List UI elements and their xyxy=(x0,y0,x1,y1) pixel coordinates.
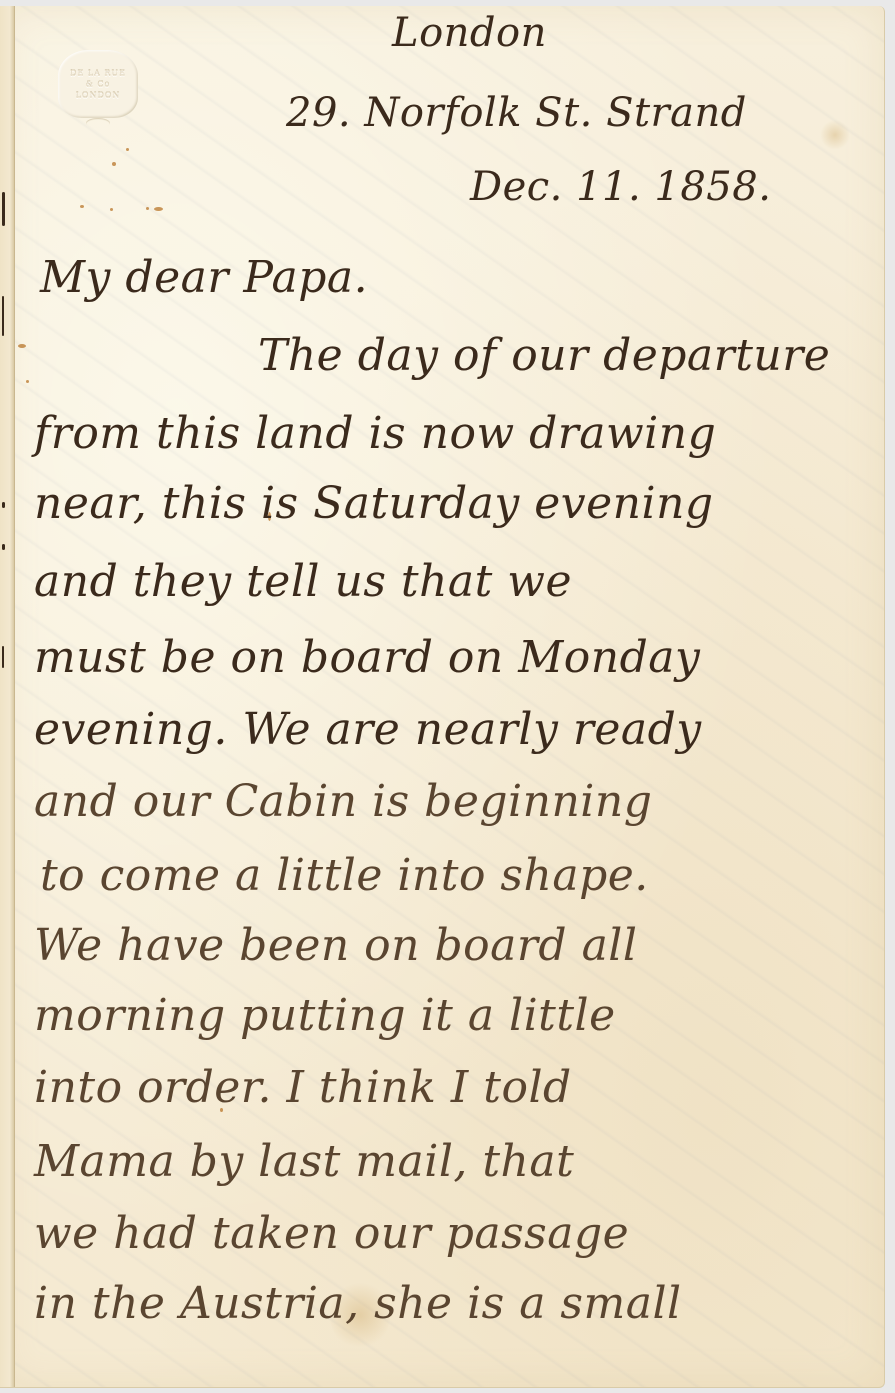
ink-fragment xyxy=(2,544,5,550)
water-stain xyxy=(820,120,850,150)
ink-fragment xyxy=(2,646,4,668)
emboss-flourish xyxy=(86,118,110,128)
ink-fragment xyxy=(2,502,5,508)
letter-body-line: from this land is now drawing xyxy=(34,408,716,459)
letter-body-line: near, this is Saturday evening xyxy=(34,478,714,529)
letter-body-line: The day of our departure xyxy=(258,330,830,381)
ink-fragment xyxy=(2,296,4,336)
letter-salutation: My dear Papa. xyxy=(40,252,368,303)
foxing-spot xyxy=(80,205,84,208)
letter-body-line: We have been on board all xyxy=(34,920,637,971)
letter-body-line: to come a little into shape. xyxy=(40,850,649,901)
adjacent-page-edge xyxy=(0,6,15,1387)
letter-body-line: in the Austria, she is a small xyxy=(34,1278,682,1329)
letter-body-line: and they tell us that we xyxy=(34,556,572,607)
letter-place: London xyxy=(392,10,547,56)
letter-address: 29. Norfolk St. Strand xyxy=(286,90,747,136)
letter-body-line: evening. We are nearly ready xyxy=(34,704,702,755)
stationer-emboss-stamp: DE LA RUE & Co LONDON xyxy=(58,50,138,118)
foxing-spot xyxy=(126,148,129,151)
letter-body-line: into order. I think I told xyxy=(34,1062,572,1113)
letter-date: Dec. 11. 1858. xyxy=(470,164,771,210)
foxing-spot xyxy=(26,380,29,383)
letter-body-line: we had taken our passage xyxy=(34,1208,629,1259)
letter-body-line: morning putting it a little xyxy=(34,990,616,1041)
emboss-line-2: & Co xyxy=(86,79,111,90)
letter-body-line: Mama by last mail, that xyxy=(34,1136,574,1187)
emboss-line-1: DE LA RUE xyxy=(70,68,126,79)
ink-fragment xyxy=(2,192,5,226)
foxing-spot xyxy=(110,208,113,211)
emboss-line-3: LONDON xyxy=(76,90,121,101)
foxing-spot xyxy=(146,207,149,210)
foxing-spot xyxy=(154,207,163,211)
letter-body-line: and our Cabin is beginning xyxy=(34,776,652,827)
foxing-spot xyxy=(18,344,26,348)
foxing-spot xyxy=(112,162,116,166)
letter-body-line: must be on board on Monday xyxy=(34,632,700,683)
